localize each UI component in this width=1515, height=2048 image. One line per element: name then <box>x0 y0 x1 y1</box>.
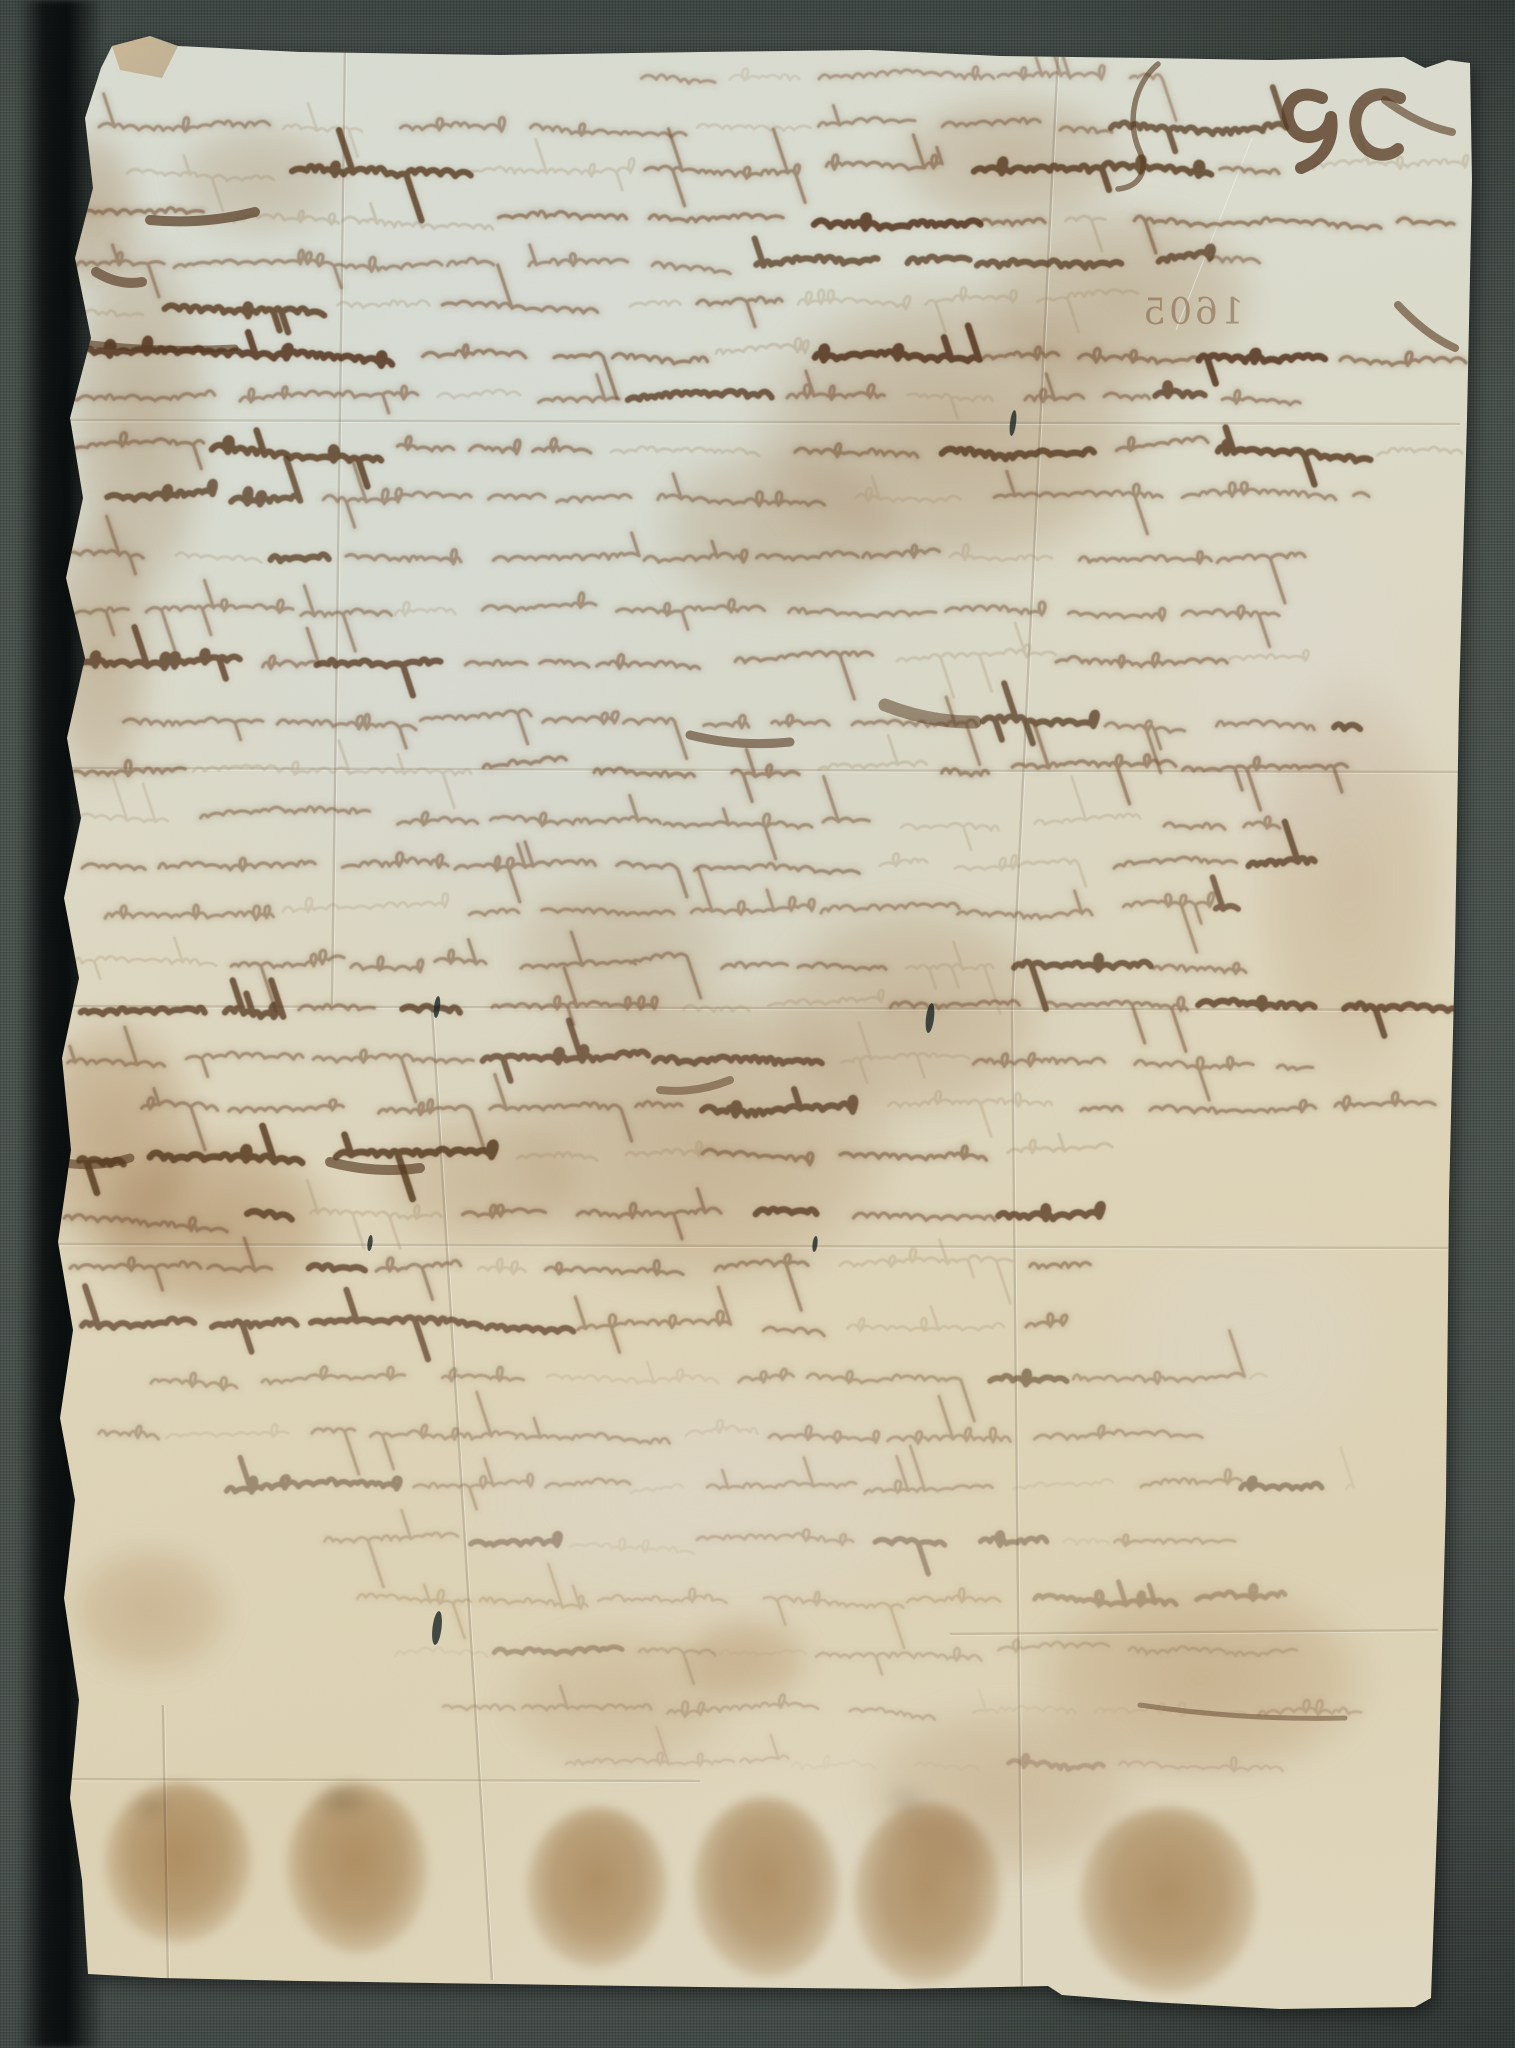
archival-scan: 1605 <box>0 0 1515 2048</box>
handwriting-layer: 1605 <box>0 0 1515 2048</box>
letter-sheet: 1605 <box>0 0 1515 2048</box>
handwriting-row-bold <box>271 554 329 561</box>
seal-smudge <box>871 1778 939 1822</box>
letter-sheet-shadow-wrap: 1605 <box>0 0 1515 2048</box>
mirrored-year-text: 1605 <box>1140 292 1244 333</box>
seal-smudge <box>120 1786 180 1826</box>
seal-smudge <box>300 1774 384 1826</box>
